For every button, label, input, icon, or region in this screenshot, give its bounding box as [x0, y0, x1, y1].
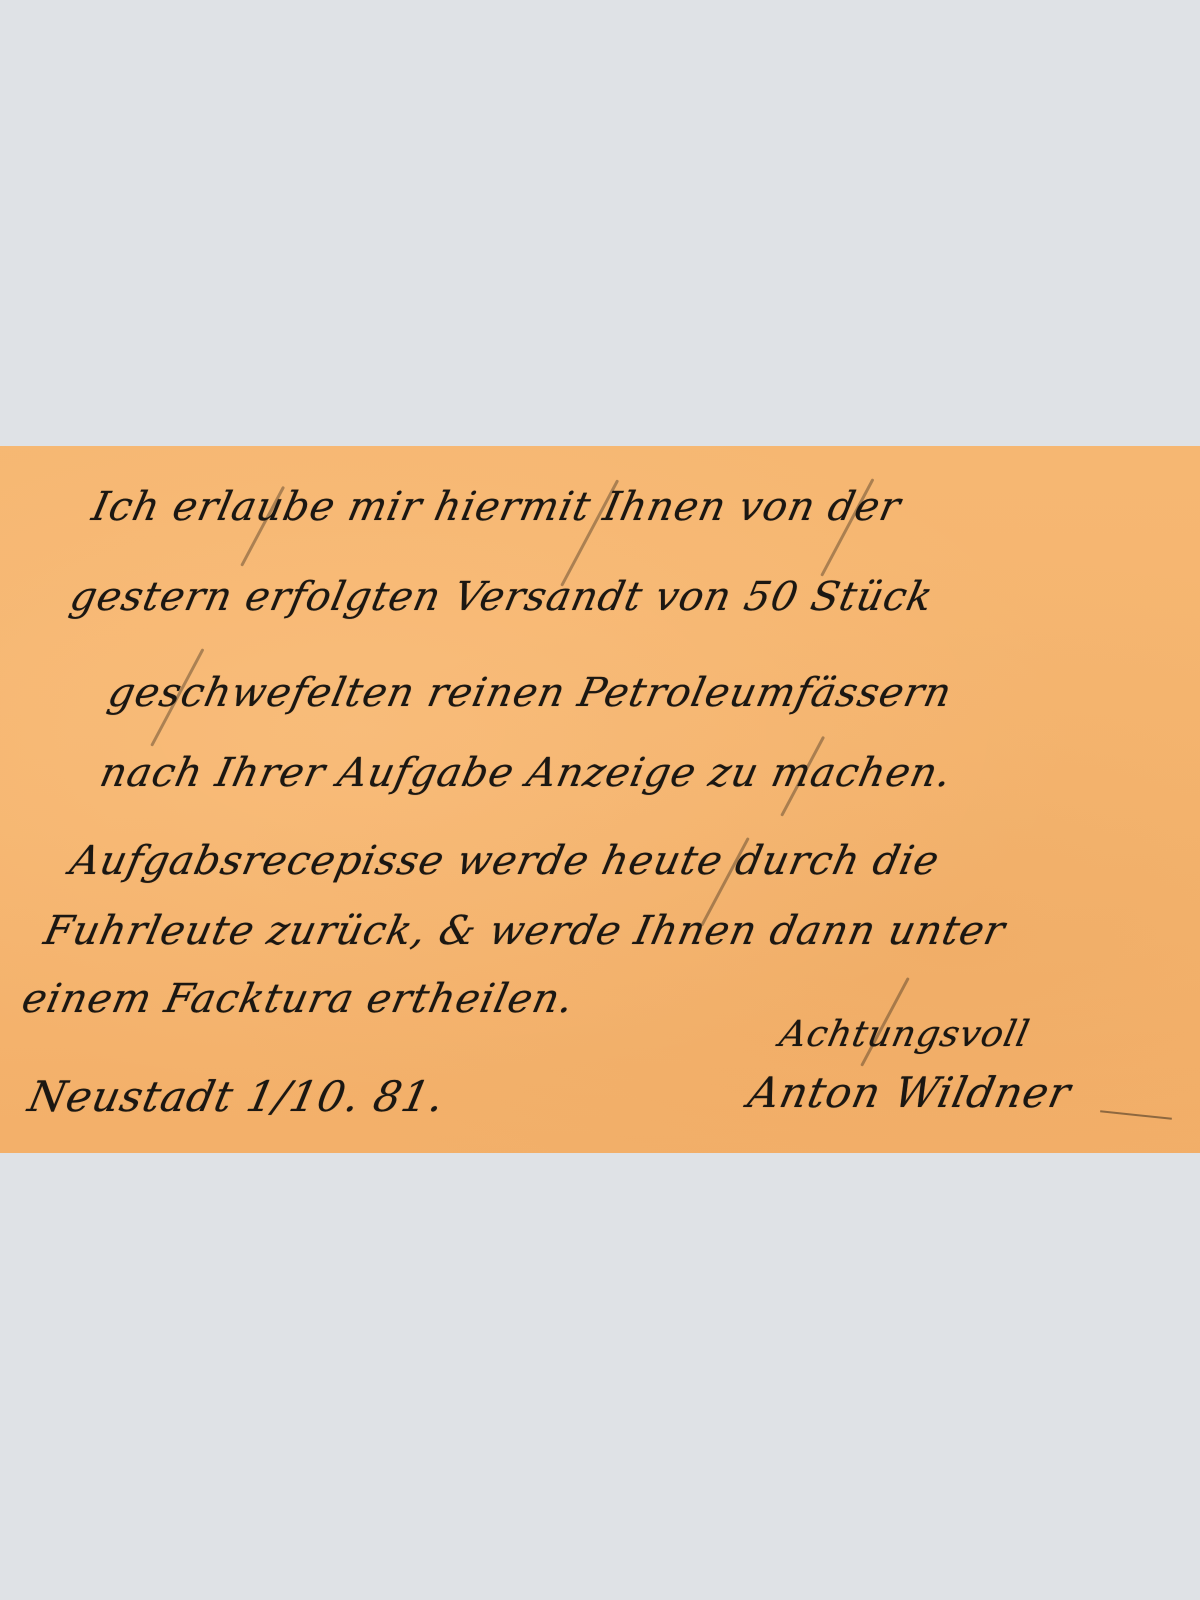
place-and-date: Neustadt 1/10. 81.: [24, 1072, 449, 1121]
letter-line-1: Ich erlaube mir hiermit Ihnen von der: [88, 484, 905, 530]
image-viewer: Ich erlaube mir hiermit Ihnen von der ge…: [0, 0, 1200, 1600]
closing-salutation: Achtungsvoll: [776, 1014, 1033, 1055]
postcard: Ich erlaube mir hiermit Ihnen von der ge…: [0, 446, 1200, 1153]
signature-flourish: [1100, 1110, 1172, 1120]
letter-line-3: geschwefelten reinen Petroleumfässern: [104, 670, 956, 716]
letter-line-7: einem Facktura ertheilen.: [18, 976, 578, 1022]
signature: Anton Wildner: [744, 1068, 1076, 1117]
letter-line-6: Fuhrleute zurück, & werde Ihnen dann unt…: [40, 908, 1010, 954]
letter-line-4: nach Ihrer Aufgabe Anzeige zu machen.: [96, 750, 956, 796]
letter-line-2: gestern erfolgten Versandt von 50 Stück: [66, 574, 937, 620]
letter-line-5: Aufgabsrecepisse werde heute durch die: [66, 838, 944, 884]
